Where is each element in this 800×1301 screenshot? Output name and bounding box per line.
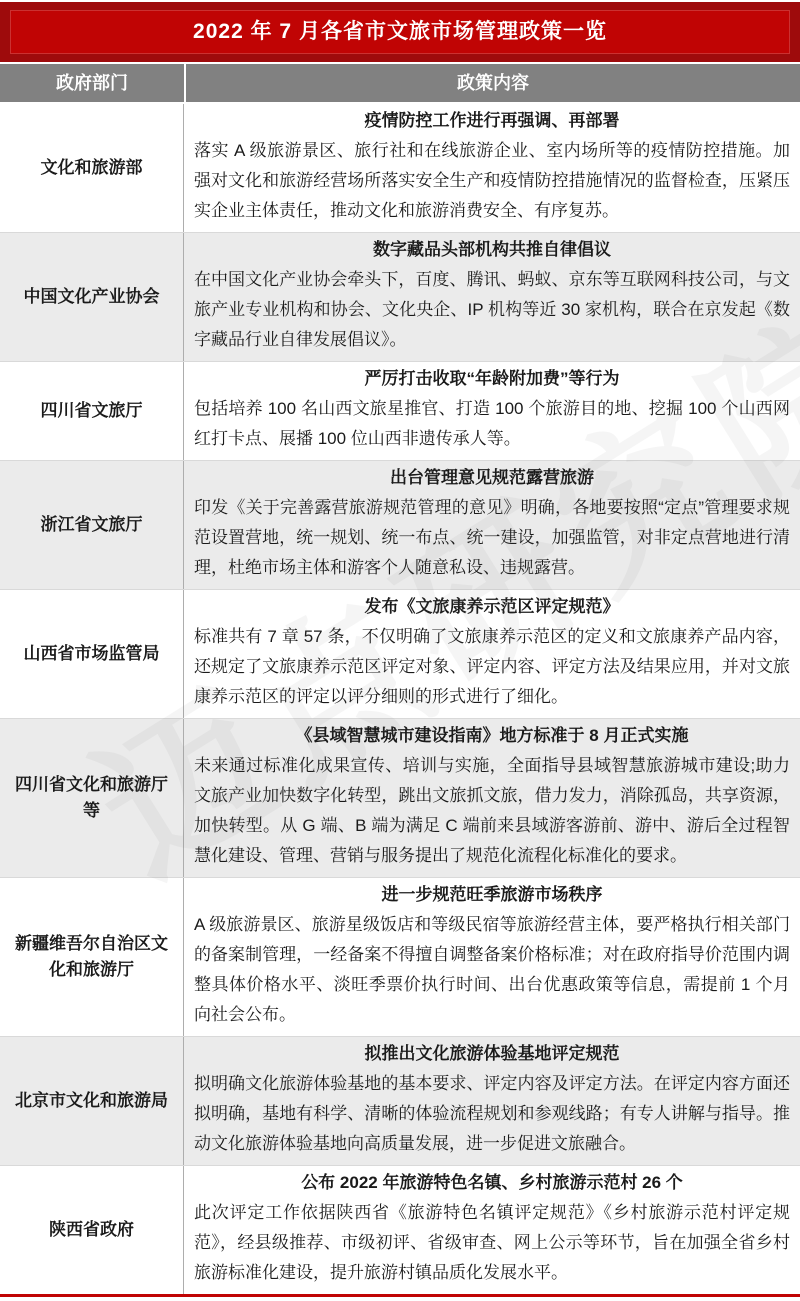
department-cell: 中国文化产业协会	[0, 233, 184, 361]
policy-cell: 数字藏品头部机构共推自律倡议 在中国文化产业协会牵头下，百度、腾讯、蚂蚁、京东等…	[184, 233, 800, 361]
policy-body: 此次评定工作依据陕西省《旅游特色名镇评定规范》《乡村旅游示范村评定规范》，经县级…	[194, 1198, 790, 1288]
department-cell: 浙江省文旅厅	[0, 461, 184, 589]
department-cell: 新疆维吾尔自治区文化和旅游厅	[0, 878, 184, 1036]
policy-title: 发布《文旅康养示范区评定规范》	[194, 592, 790, 622]
policy-body: 未来通过标准化成果宣传、培训与实施，全面指导县域智慧旅游城市建设;助力文旅产业加…	[194, 751, 790, 871]
department-cell: 陕西省政府	[0, 1166, 184, 1294]
policy-title: 拟推出文化旅游体验基地评定规范	[194, 1039, 790, 1069]
table-row: 北京市文化和旅游局 拟推出文化旅游体验基地评定规范 拟明确文化旅游体验基地的基本…	[0, 1036, 800, 1165]
policy-body: 拟明确文化旅游体验基地的基本要求、评定内容及评定方法。在评定内容方面还拟明确，基…	[194, 1069, 790, 1159]
bottom-padding	[0, 1297, 800, 1301]
department-cell: 北京市文化和旅游局	[0, 1037, 184, 1165]
table-row: 中国文化产业协会 数字藏品头部机构共推自律倡议 在中国文化产业协会牵头下，百度、…	[0, 232, 800, 361]
department-cell: 四川省文化和旅游厅等	[0, 719, 184, 877]
policy-title: 疫情防控工作进行再强调、再部署	[194, 106, 790, 136]
policy-title: 公布 2022 年旅游特色名镇、乡村旅游示范村 26 个	[194, 1168, 790, 1198]
policy-body: 在中国文化产业协会牵头下，百度、腾讯、蚂蚁、京东等互联网科技公司，与文旅产业专业…	[194, 265, 790, 355]
department-cell: 山西省市场监管局	[0, 590, 184, 718]
policy-title: 《县域智慧城市建设指南》地方标准于 8 月正式实施	[194, 721, 790, 751]
table-row: 陕西省政府 公布 2022 年旅游特色名镇、乡村旅游示范村 26 个 此次评定工…	[0, 1165, 800, 1294]
policy-title: 数字藏品头部机构共推自律倡议	[194, 235, 790, 265]
policy-cell: 出台管理意见规范露营旅游 印发《关于完善露营旅游规范管理的意见》明确，各地要按照…	[184, 461, 800, 589]
policy-body: 印发《关于完善露营旅游规范管理的意见》明确，各地要按照“定点”管理要求规范设置营…	[194, 493, 790, 583]
policy-cell: 《县域智慧城市建设指南》地方标准于 8 月正式实施 未来通过标准化成果宣传、培训…	[184, 719, 800, 877]
policy-cell: 严厉打击收取“年龄附加费”等行为 包括培养 100 名山西文旅星推官、打造 10…	[184, 362, 800, 460]
policy-body: 包括培养 100 名山西文旅星推官、打造 100 个旅游目的地、挖掘 100 个…	[194, 394, 790, 454]
policy-cell: 发布《文旅康养示范区评定规范》 标准共有 7 章 57 条，不仅明确了文旅康养示…	[184, 590, 800, 718]
column-header-policy: 政策内容	[186, 64, 800, 102]
page-title: 2022 年 7 月各省市文旅市场管理政策一览	[10, 10, 790, 54]
table-row: 山西省市场监管局 发布《文旅康养示范区评定规范》 标准共有 7 章 57 条，不…	[0, 589, 800, 718]
table-title-bar: 2022 年 7 月各省市文旅市场管理政策一览	[0, 2, 800, 62]
column-header-department: 政府部门	[0, 64, 184, 102]
policy-cell: 疫情防控工作进行再强调、再部署 落实 A 级旅游景区、旅行社和在线旅游企业、室内…	[184, 104, 800, 232]
policy-body: 落实 A 级旅游景区、旅行社和在线旅游企业、室内场所等的疫情防控措施。加强对文化…	[194, 136, 790, 226]
table-row: 浙江省文旅厅 出台管理意见规范露营旅游 印发《关于完善露营旅游规范管理的意见》明…	[0, 460, 800, 589]
table-row: 新疆维吾尔自治区文化和旅游厅 进一步规范旺季旅游市场秩序 A 级旅游景区、旅游星…	[0, 877, 800, 1036]
column-header-row: 政府部门 政策内容	[0, 64, 800, 102]
policy-title: 出台管理意见规范露营旅游	[194, 463, 790, 493]
policy-body: A 级旅游景区、旅游星级饭店和等级民宿等旅游经营主体，要严格执行相关部门的备案制…	[194, 910, 790, 1030]
policy-cell: 公布 2022 年旅游特色名镇、乡村旅游示范村 26 个 此次评定工作依据陕西省…	[184, 1166, 800, 1294]
table-row: 文化和旅游部 疫情防控工作进行再强调、再部署 落实 A 级旅游景区、旅行社和在线…	[0, 104, 800, 232]
policy-title: 严厉打击收取“年龄附加费”等行为	[194, 364, 790, 394]
policy-table-page: 2022 年 7 月各省市文旅市场管理政策一览 政府部门 政策内容 文化和旅游部…	[0, 0, 800, 1301]
department-cell: 四川省文旅厅	[0, 362, 184, 460]
policy-cell: 拟推出文化旅游体验基地评定规范 拟明确文化旅游体验基地的基本要求、评定内容及评定…	[184, 1037, 800, 1165]
table-row: 四川省文化和旅游厅等 《县域智慧城市建设指南》地方标准于 8 月正式实施 未来通…	[0, 718, 800, 877]
table-row: 四川省文旅厅 严厉打击收取“年龄附加费”等行为 包括培养 100 名山西文旅星推…	[0, 361, 800, 460]
policy-title: 进一步规范旺季旅游市场秩序	[194, 880, 790, 910]
policy-body: 标准共有 7 章 57 条，不仅明确了文旅康养示范区的定义和文旅康养产品内容，还…	[194, 622, 790, 712]
policy-cell: 进一步规范旺季旅游市场秩序 A 级旅游景区、旅游星级饭店和等级民宿等旅游经营主体…	[184, 878, 800, 1036]
department-cell: 文化和旅游部	[0, 104, 184, 232]
table-body: 文化和旅游部 疫情防控工作进行再强调、再部署 落实 A 级旅游景区、旅行社和在线…	[0, 104, 800, 1294]
